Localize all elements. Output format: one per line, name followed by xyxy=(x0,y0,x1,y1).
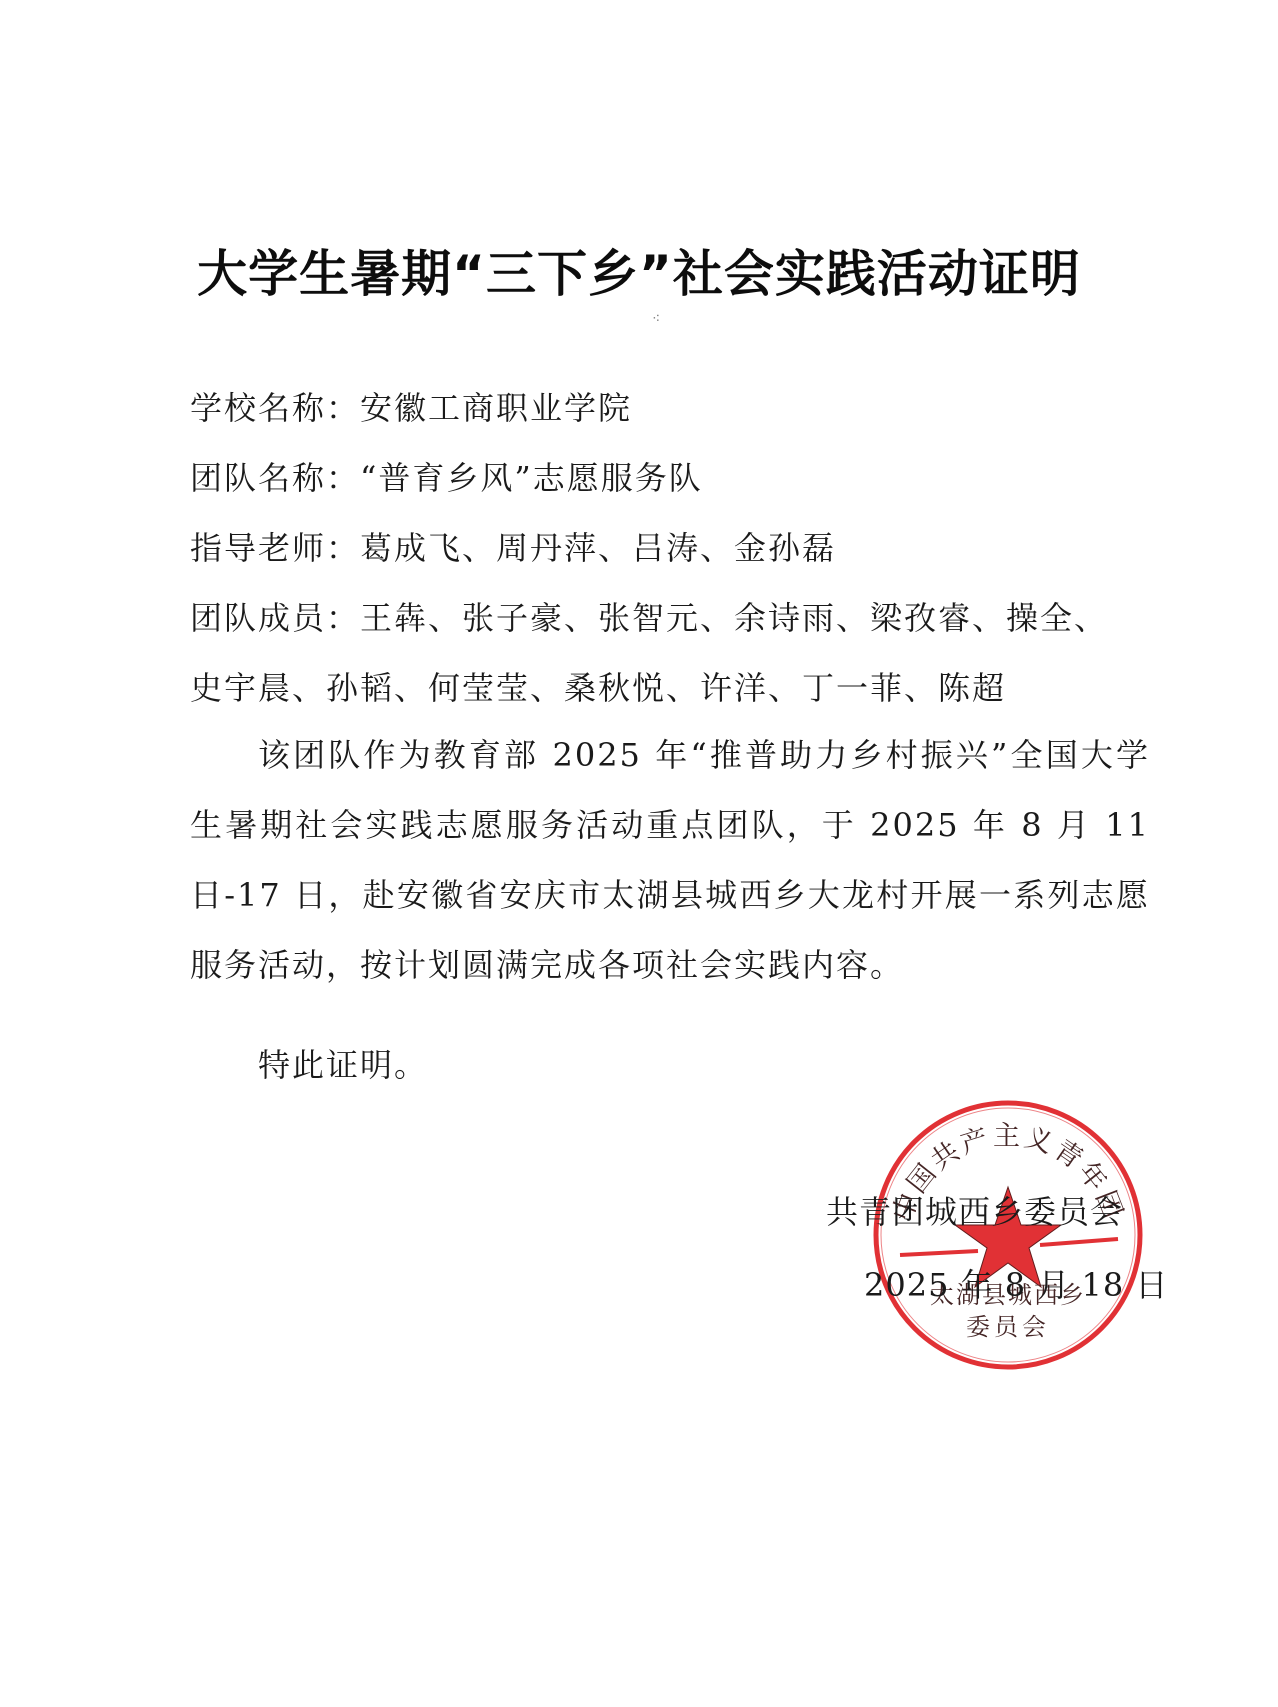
svg-text:委员会: 委员会 xyxy=(966,1313,1050,1341)
field-value: “普育乡风”志愿服务队 xyxy=(360,459,703,497)
closing-statement: 特此证明。 xyxy=(258,1045,428,1085)
official-seal: 中国共产主义青年团 太湖县城西乡 委员会 xyxy=(868,1095,1148,1375)
field-label: 指导老师： xyxy=(190,529,360,567)
field-school-name: 学校名称：安徽工商职业学院 xyxy=(190,388,632,428)
signing-date: 2025 年 8 月 18 日 xyxy=(864,1265,1168,1305)
field-value: 安徽工商职业学院 xyxy=(360,389,632,427)
field-value: 葛成飞、周丹萍、吕涛、金孙磊 xyxy=(360,529,836,567)
field-team-name: 团队名称：“普育乡风”志愿服务队 xyxy=(190,458,703,498)
field-advisors: 指导老师：葛成飞、周丹萍、吕涛、金孙磊 xyxy=(190,528,836,568)
field-value: 王犇、张子豪、张智元、余诗雨、梁孜睿、操全、 xyxy=(360,599,1108,637)
scan-artifact: ⁖ xyxy=(652,312,660,326)
body-paragraph: 该团队作为教育部 2025 年“推普助力乡村振兴”全国大学生暑期社会实践志愿服务… xyxy=(190,720,1150,1000)
document-title: 大学生暑期“三下乡”社会实践活动证明 xyxy=(0,244,1278,304)
field-team-members-continued: 史宇晨、孙韬、何莹莹、桑秋悦、许洋、丁一菲、陈超 xyxy=(190,668,1006,708)
field-label: 团队名称： xyxy=(190,459,360,497)
field-label: 团队成员： xyxy=(190,599,360,637)
field-team-members: 团队成员：王犇、张子豪、张智元、余诗雨、梁孜睿、操全、 xyxy=(190,598,1108,638)
certificate-page: 大学生暑期“三下乡”社会实践活动证明 ⁖ 学校名称：安徽工商职业学院 团队名称：… xyxy=(0,0,1278,1707)
field-label: 学校名称： xyxy=(190,389,360,427)
signing-organization: 共青团城西乡委员会 xyxy=(826,1192,1123,1232)
